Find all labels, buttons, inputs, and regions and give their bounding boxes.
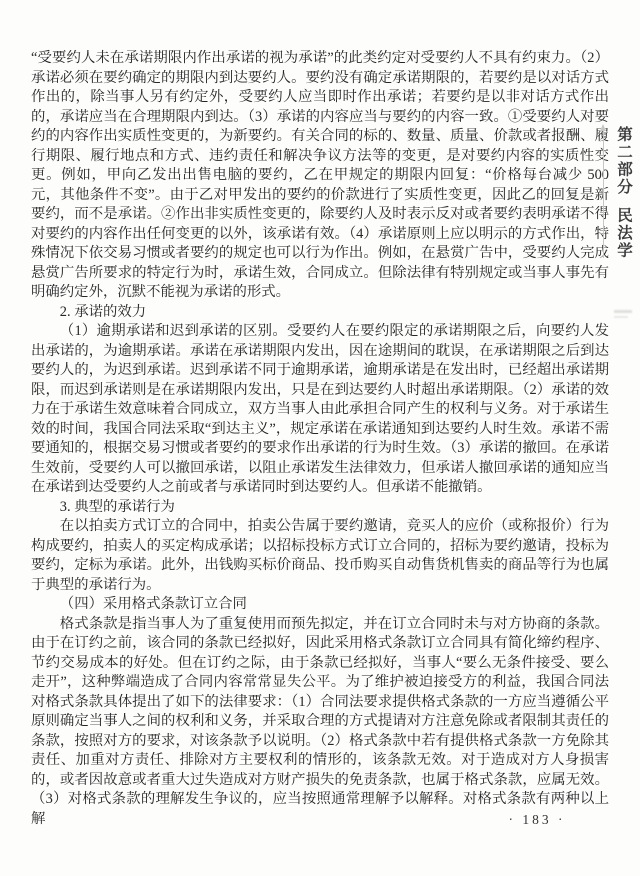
scan-artifact [614,310,632,320]
subject-label: 民法学 [615,207,632,260]
book-page: “受要约人未在承诺期限内作出承诺的视为承诺”的此类约定对受要约人不具有约束力。（… [0,0,640,876]
page-text: “受要约人未在承诺期限内作出承诺的视为承诺”的此类约定对受要约人不具有约束力。（… [31,49,609,829]
paragraph: “受要约人未在承诺期限内作出承诺的视为承诺”的此类约定对受要约人不具有约束力。（… [31,49,609,303]
section-heading: （四）采用格式条款订立合同 [31,595,609,615]
part-label: 第二部分 [615,126,632,196]
chapter-margin-tab: 第二部分民法学 [612,126,634,306]
paragraph: 格式条款是指当事人为了重复使用而预先拟定，并在订立合同时未与对方协商的条款。由于… [31,615,609,830]
section-heading: 3. 典型的承诺行为 [31,498,609,518]
page-number: · 183 · [457,812,617,828]
paragraph: （1）逾期承诺和迟到承诺的区别。受要约人在要约限定的承诺期限之后，向要约人发出承… [31,322,609,498]
paragraph: 在以拍卖方式订立的合同中，拍卖公告属于要约邀请，竞买人的应价（或称报价）行为构成… [31,517,609,595]
section-heading: 2. 承诺的效力 [31,303,609,323]
margin-arrow-icon [603,130,604,258]
chapter-tab-text: 第二部分民法学 [612,126,634,306]
